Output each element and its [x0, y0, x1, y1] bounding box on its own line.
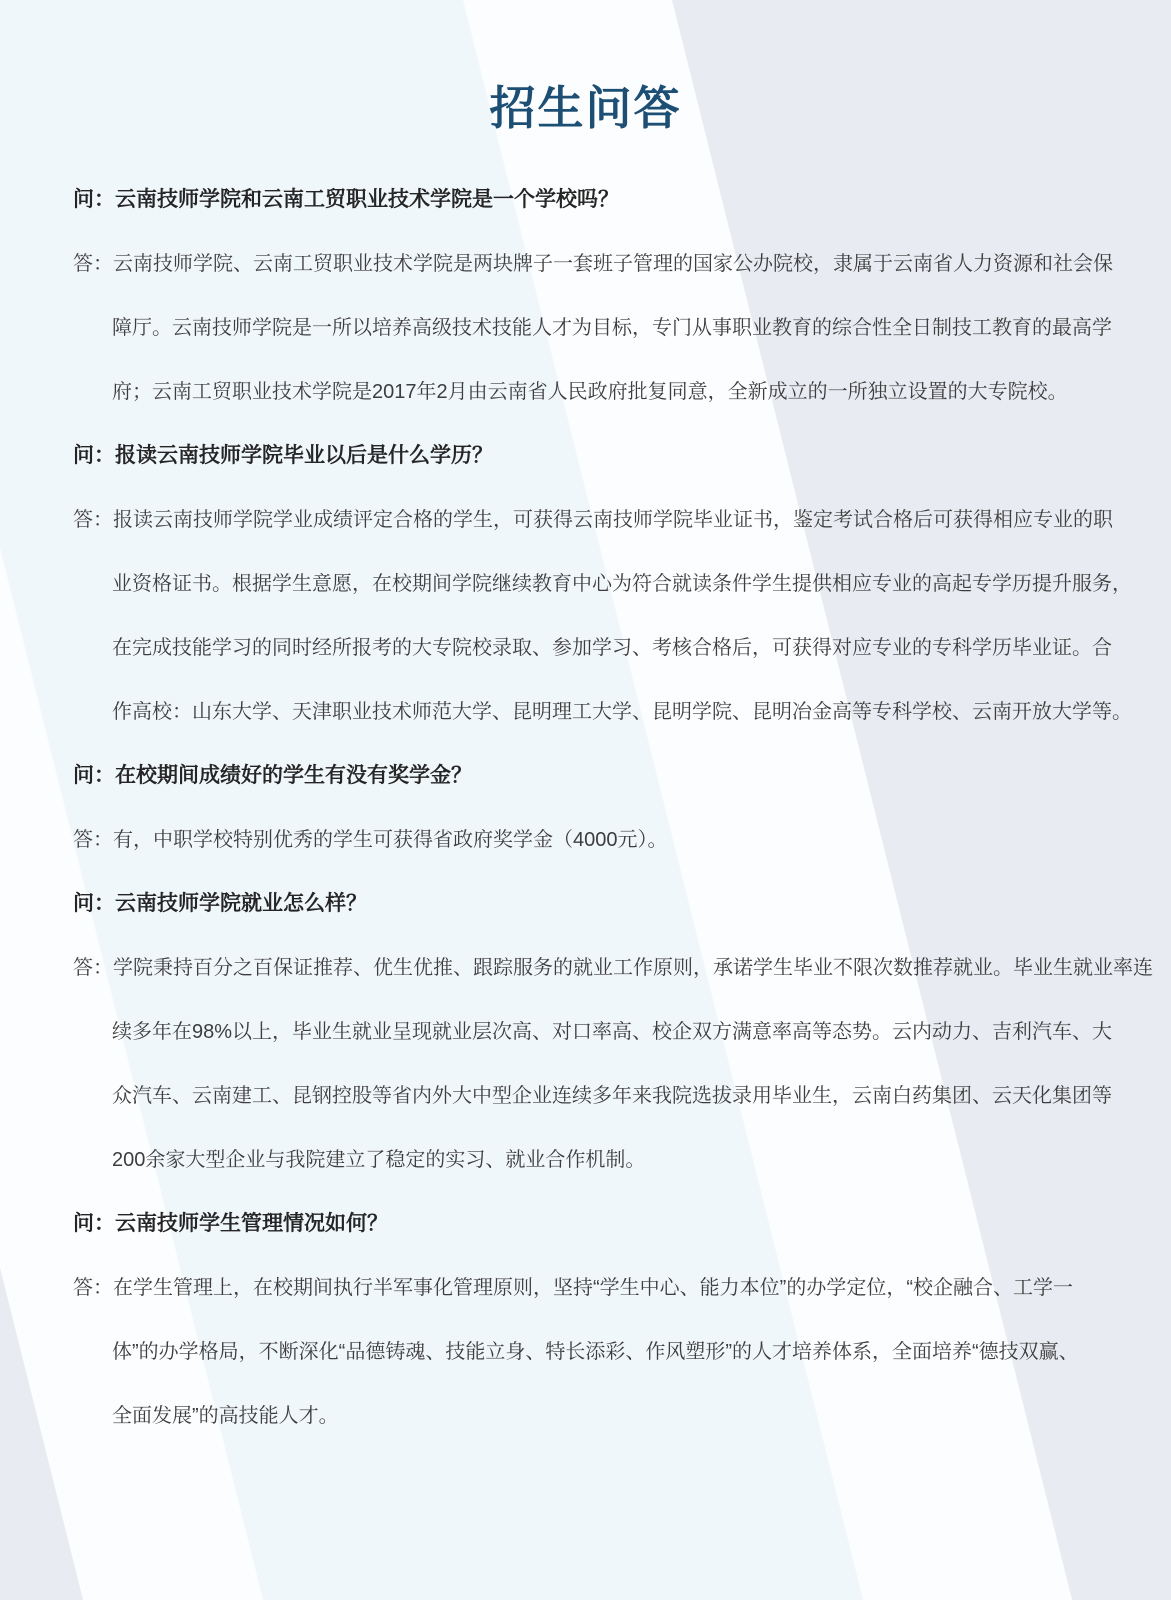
answer-line: 答：云南技师学院、云南工贸职业技术学院是两块牌子一套班子管理的国家公办院校，隶属… [73, 232, 1113, 296]
qa-block: 问：云南技师学院就业怎么样？ 答：学院秉持百分之百保证推荐、优生优推、跟踪服务的… [73, 872, 1113, 1192]
question: 问：云南技师学院和云南工贸职业技术学院是一个学校吗？ [73, 168, 1113, 232]
answer-line: 答：报读云南技师学院学业成绩评定合格的学生，可获得云南技师学院毕业证书，鉴定考试… [73, 488, 1113, 552]
answer-line: 答：学院秉持百分之百保证推荐、优生优推、跟踪服务的就业工作原则，承诺学生毕业不限… [73, 936, 1113, 1000]
answer-line: 全面发展”的高技能人才。 [112, 1384, 1113, 1448]
qa-block: 问：报读云南技师学院毕业以后是什么学历？ 答：报读云南技师学院学业成绩评定合格的… [73, 424, 1113, 744]
answer-line: 答：在学生管理上，在校期间执行半军事化管理原则，坚持“学生中心、能力本位”的办学… [73, 1256, 1113, 1320]
answer-line: 续多年在98%以上，毕业生就业呈现就业层次高、对口率高、校企双方满意率高等态势。… [112, 1000, 1113, 1064]
answer-line: 体”的办学格局，不断深化“品德铸魂、技能立身、特长添彩、作风塑形”的人才培养体系… [112, 1320, 1113, 1384]
qa-block: 问：云南技师学院和云南工贸职业技术学院是一个学校吗？ 答：云南技师学院、云南工贸… [73, 168, 1113, 424]
answer-line: 众汽车、云南建工、昆钢控股等省内外大中型企业连续多年来我院选拔录用毕业生，云南白… [112, 1064, 1113, 1128]
page-content: 招生问答 问：云南技师学院和云南工贸职业技术学院是一个学校吗？ 答：云南技师学院… [0, 0, 1171, 1448]
answer-line: 业资格证书。根据学生意愿，在校期间学院继续教育中心为符合就读条件学生提供相应专业… [112, 552, 1113, 616]
answer-line: 府；云南工贸职业技术学院是2017年2月由云南省人民政府批复同意，全新成立的一所… [112, 360, 1113, 424]
question: 问：在校期间成绩好的学生有没有奖学金？ [73, 744, 1113, 808]
document-page: 招生问答 问：云南技师学院和云南工贸职业技术学院是一个学校吗？ 答：云南技师学院… [0, 0, 1171, 1600]
qa-list: 问：云南技师学院和云南工贸职业技术学院是一个学校吗？ 答：云南技师学院、云南工贸… [0, 132, 1113, 1448]
qa-block: 问：在校期间成绩好的学生有没有奖学金？ 答：有，中职学校特别优秀的学生可获得省政… [73, 744, 1113, 872]
answer-line: 200余家大型企业与我院建立了稳定的实习、就业合作机制。 [112, 1128, 1113, 1192]
answer-line: 答：有，中职学校特别优秀的学生可获得省政府奖学金（4000元）。 [73, 808, 1113, 872]
answer-line: 在完成技能学习的同时经所报考的大专院校录取、参加学习、考核合格后，可获得对应专业… [112, 616, 1113, 680]
question: 问：云南技师学生管理情况如何？ [73, 1192, 1113, 1256]
answer-line: 作高校：山东大学、天津职业技术师范大学、昆明理工大学、昆明学院、昆明冶金高等专科… [112, 680, 1113, 744]
answer-line: 障厅。云南技师学院是一所以培养高级技术技能人才为目标，专门从事职业教育的综合性全… [112, 296, 1113, 360]
qa-block: 问：云南技师学生管理情况如何？ 答：在学生管理上，在校期间执行半军事化管理原则，… [73, 1192, 1113, 1448]
question: 问：云南技师学院就业怎么样？ [73, 872, 1113, 936]
page-title: 招生问答 [0, 0, 1171, 132]
question: 问：报读云南技师学院毕业以后是什么学历？ [73, 424, 1113, 488]
